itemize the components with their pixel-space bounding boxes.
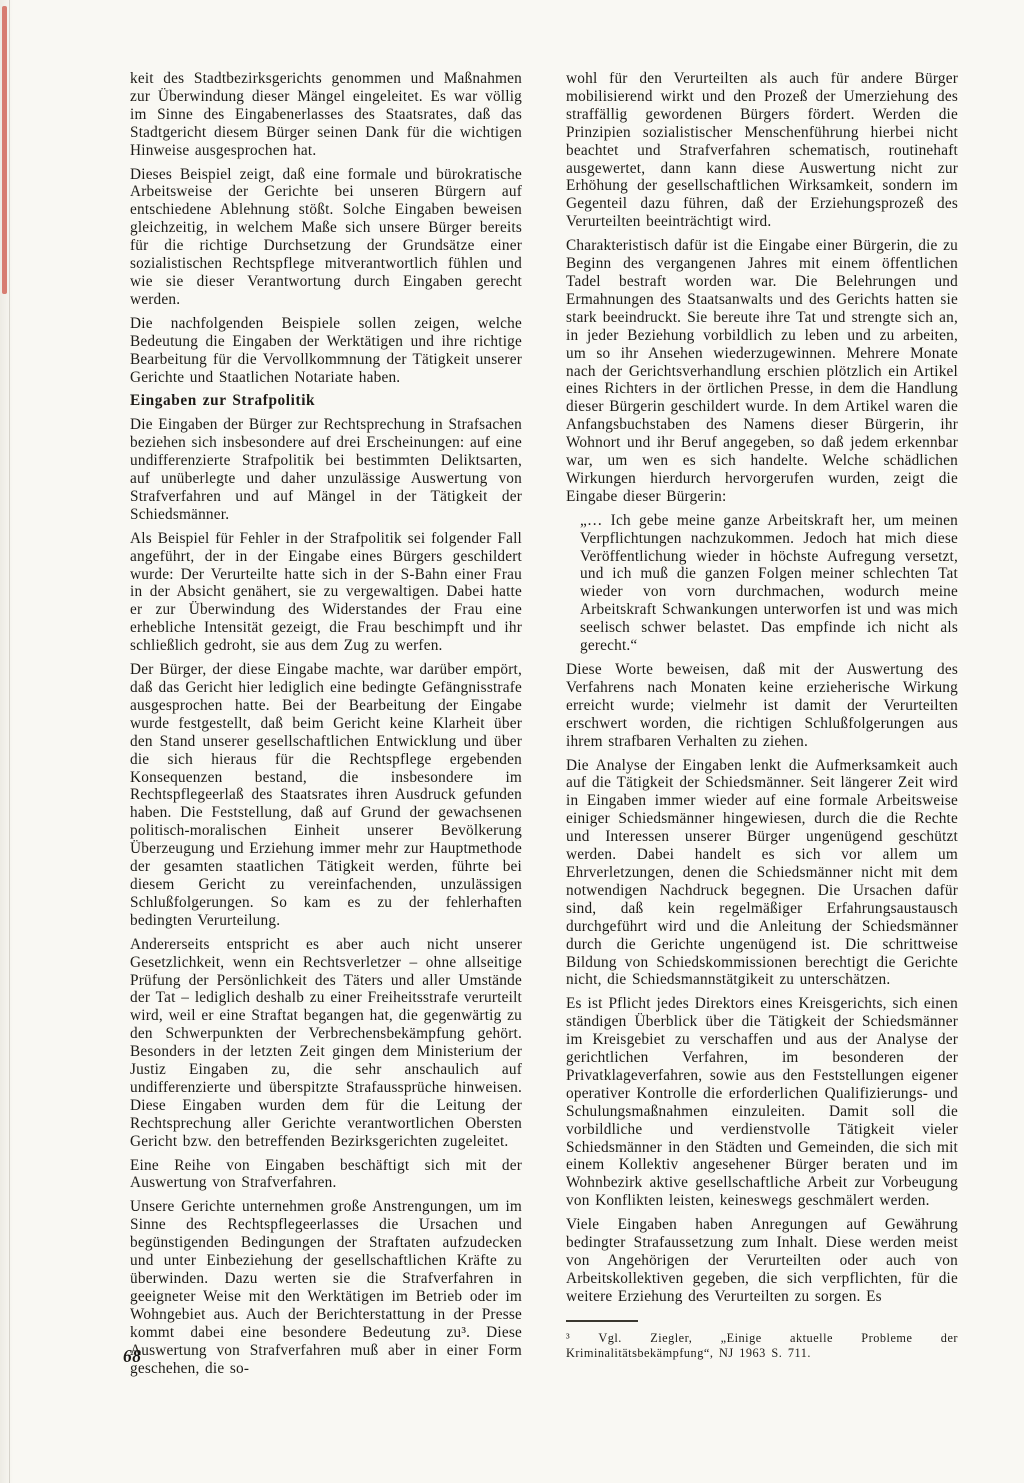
- body-paragraph: Charakteristisch dafür ist die Eingabe e…: [566, 237, 958, 506]
- right-column: wohl für den Verurteilten als auch für a…: [566, 70, 958, 1377]
- footnote-rule: [566, 1320, 638, 1322]
- page-number: 68: [123, 1346, 142, 1367]
- body-paragraph: Andererseits entspricht es aber auch nic…: [130, 936, 522, 1151]
- body-paragraph: Der Bürger, der diese Eingabe machte, wa…: [130, 661, 522, 930]
- section-heading: Eingaben zur Strafpolitik: [130, 392, 522, 410]
- body-paragraph: Viele Eingaben haben Anregungen auf Gewä…: [566, 1216, 958, 1306]
- body-paragraph: Als Beispiel für Fehler in der Strafpoli…: [130, 530, 522, 655]
- body-paragraph: Die nachfolgenden Beispiele sollen zeige…: [130, 315, 522, 387]
- citizen-quote-block: „… Ich gebe meine ganze Arbeitskraft her…: [580, 512, 958, 655]
- page-scan-edge-line: [9, 0, 10, 1483]
- two-column-text-area: keit des Stadtbezirksgerichts genommen u…: [130, 70, 958, 1377]
- body-paragraph: Es ist Pflicht jedes Direktors eines Kre…: [566, 995, 958, 1210]
- journal-page: keit des Stadtbezirksgerichts genommen u…: [0, 0, 1024, 1483]
- footnote-text: ³ Vgl. Ziegler, „Einige aktuelle Problem…: [566, 1331, 958, 1361]
- body-paragraph: Eine Reihe von Eingaben beschäftigt sich…: [130, 1157, 522, 1193]
- body-paragraph: Dieses Beispiel zeigt, daß eine formale …: [130, 166, 522, 309]
- footnote-block: ³ Vgl. Ziegler, „Einige aktuelle Problem…: [566, 1320, 958, 1361]
- red-edge-mark: [2, 6, 7, 294]
- body-paragraph: Unsere Gerichte unternehmen große Anstre…: [130, 1198, 522, 1377]
- body-paragraph: wohl für den Verurteilten als auch für a…: [566, 70, 958, 231]
- body-paragraph: Diese Worte beweisen, daß mit der Auswer…: [566, 661, 958, 751]
- body-paragraph: Die Analyse der Eingaben lenkt die Aufme…: [566, 757, 958, 990]
- body-paragraph: Die Eingaben der Bürger zur Rechtsprechu…: [130, 416, 522, 523]
- body-paragraph: keit des Stadtbezirksgerichts genommen u…: [130, 70, 522, 160]
- left-column: keit des Stadtbezirksgerichts genommen u…: [130, 70, 522, 1377]
